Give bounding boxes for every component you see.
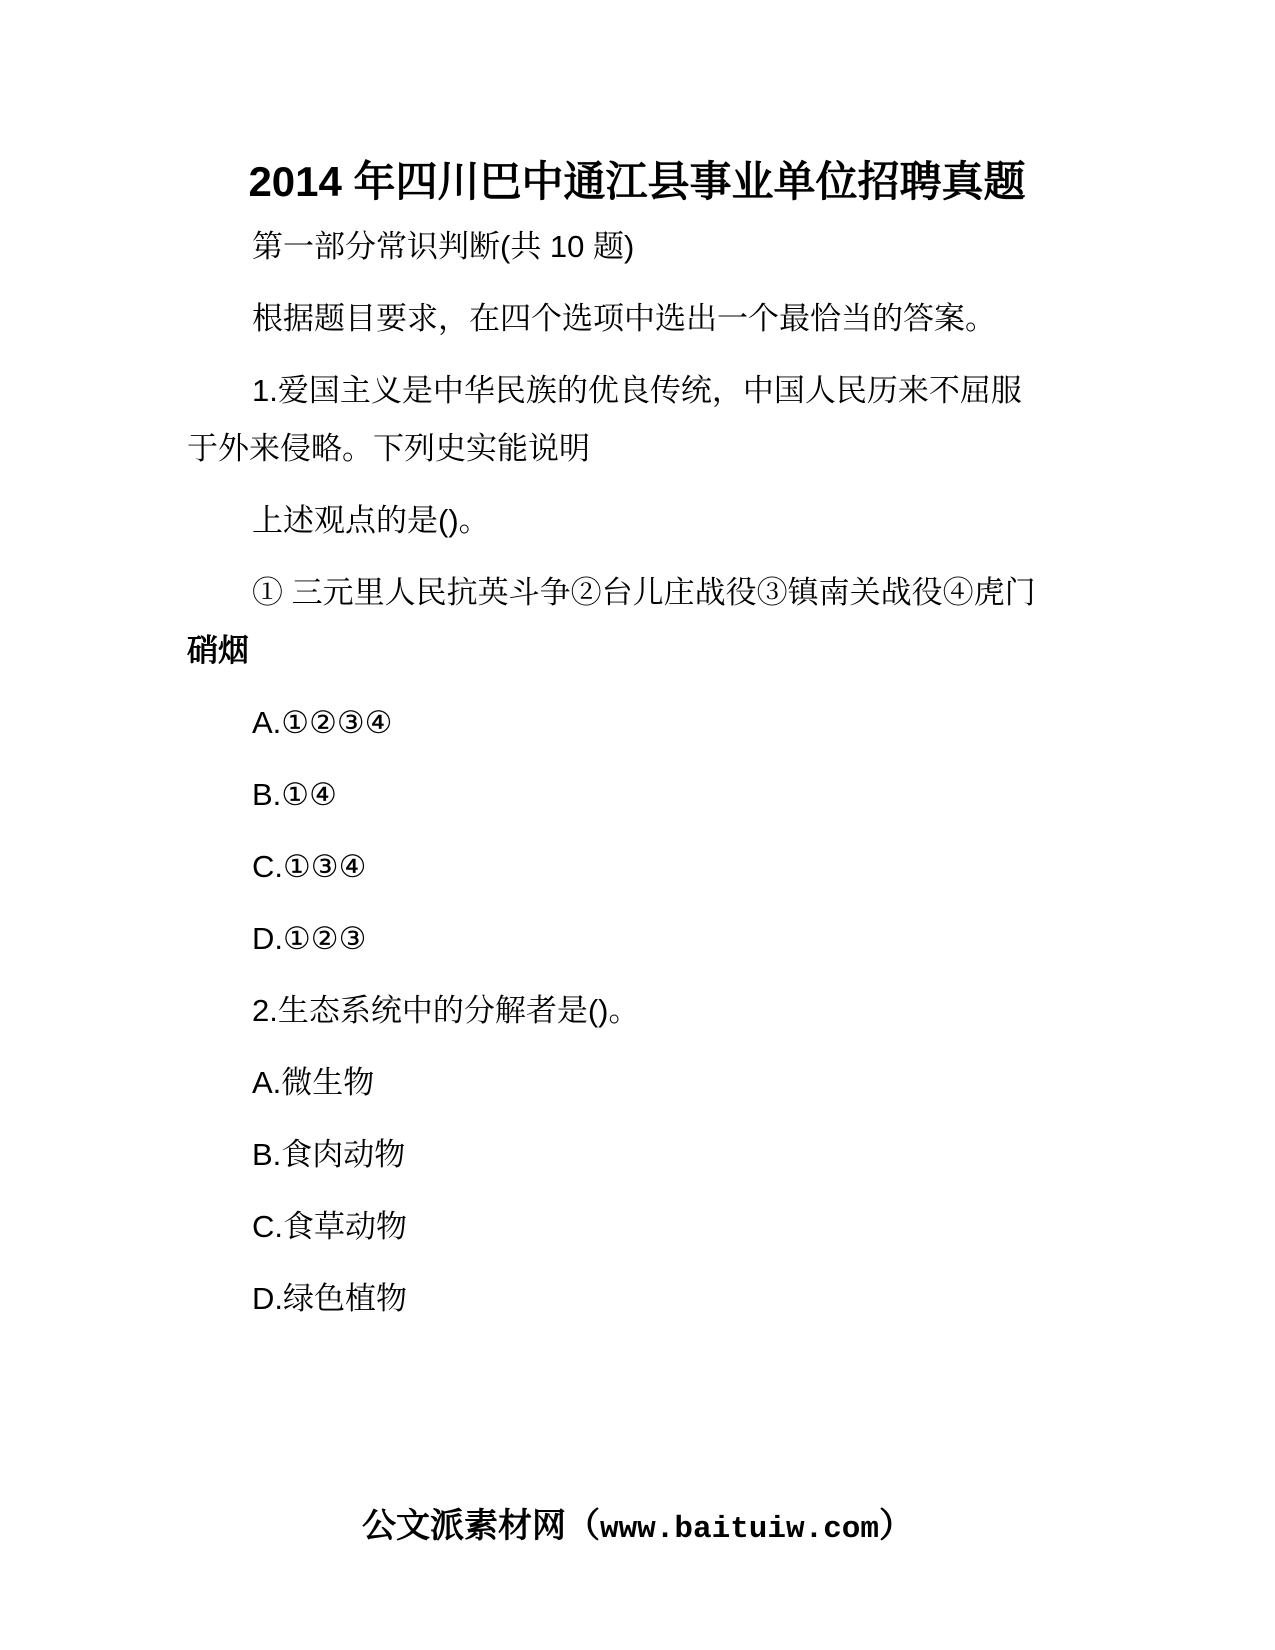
question-1-option-b: B.①④ [187,766,1087,824]
question-1-option-a: A.①②③④ [187,694,1087,752]
document-title: 2014 年四川巴中通江县事业单位招聘真题 [187,152,1087,212]
question-2-stem: 2.生态系统中的分解者是()。 [187,982,1087,1040]
section-heading: 第一部分常识判断(共 10 题) [187,218,1087,276]
intro-text: 根据题目要求，在四个选项中选出一个最恰当的答案。 [187,290,1087,348]
footer-url: www.baituiw.com [600,1512,879,1547]
document-content: 2014 年四川巴中通江县事业单位招聘真题 第一部分常识判断(共 10 题) 根… [0,0,1275,1328]
footer-site-name: 公文派素材网 [362,1508,566,1545]
question-1-stem-line-2: 于外来侵略。下列史实能说明 [187,420,1087,478]
footer-paren-close: ） [879,1508,913,1545]
page-footer: 公文派素材网（www.baituiw.com） [0,1505,1275,1552]
question-2-option-c: C.食草动物 [187,1198,1087,1256]
question-2-option-a: A.微生物 [187,1054,1087,1112]
question-2-option-d: D.绿色植物 [187,1270,1087,1328]
question-1-subitems-line-1: ① 三元里人民抗英斗争②台儿庄战役③镇南关战役④虎门 [187,564,1087,622]
question-1-stem-line-1: 1.爱国主义是中华民族的优良传统，中国人民历来不屈服 [187,362,1087,420]
question-1-stem-line-3: 上述观点的是()。 [187,492,1087,550]
document-page: 2014 年四川巴中通江县事业单位招聘真题 第一部分常识判断(共 10 题) 根… [0,0,1275,1650]
question-1-option-c: C.①③④ [187,838,1087,896]
question-1-option-d: D.①②③ [187,910,1087,968]
question-1-subitems-line-2: 硝烟 [187,622,1087,680]
footer-paren-open: （ [566,1508,600,1545]
question-2-option-b: B.食肉动物 [187,1126,1087,1184]
